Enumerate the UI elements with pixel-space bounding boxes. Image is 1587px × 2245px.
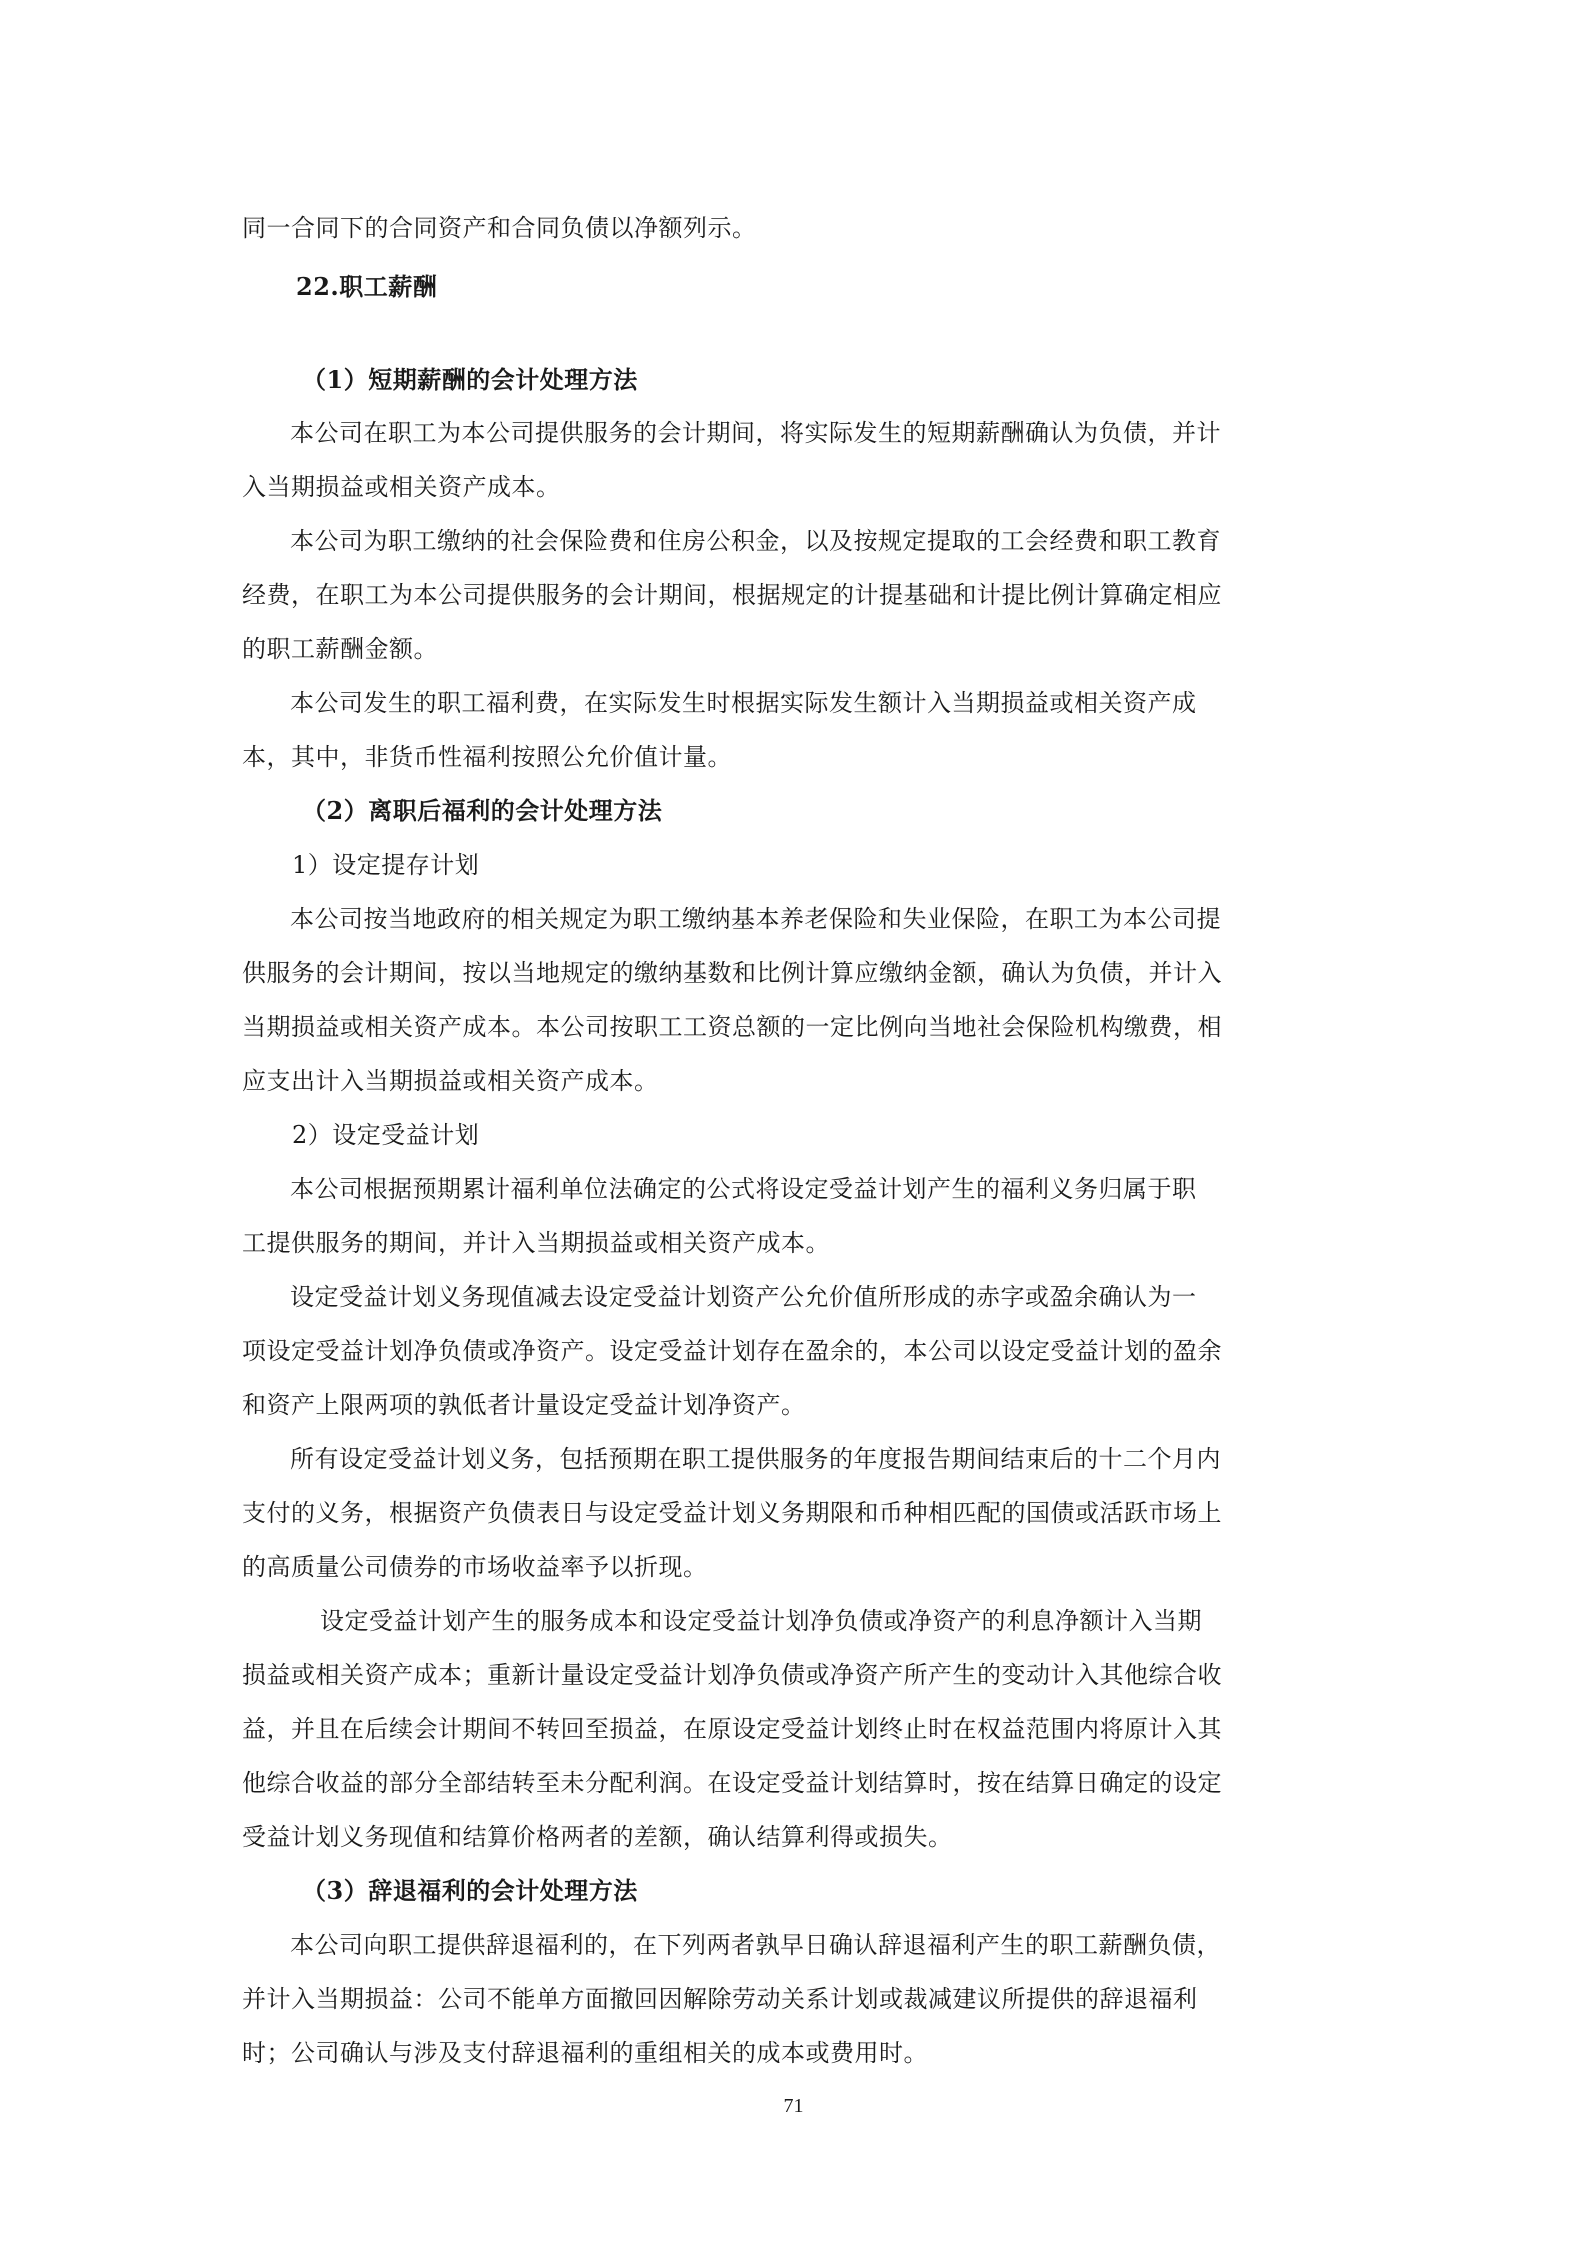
subsection-heading: （1）短期薪酬的会计处理方法	[302, 365, 1418, 395]
body-text-line: 时；公司确认与涉及支付辞退福利的重组相关的成本或费用时。	[242, 2038, 1358, 2068]
body-text-line: 受益计划义务现值和结算价格两者的差额，确认结算利得或损失。	[242, 1822, 1358, 1852]
body-text-line: 入当期损益或相关资产成本。	[242, 472, 1358, 502]
body-text-line: 工提供服务的期间，并计入当期损益或相关资产成本。	[242, 1228, 1358, 1258]
body-text-line: 他综合收益的部分全部结转至未分配利润。在设定受益计划结算时，按在结算日确定的设定	[242, 1768, 1358, 1798]
body-text-line: 项设定受益计划净负债或净资产。设定受益计划存在盈余的，本公司以设定受益计划的盈余	[242, 1336, 1358, 1366]
list-item-heading: 1）设定提存计划	[292, 850, 1408, 880]
body-text-line: 应支出计入当期损益或相关资产成本。	[242, 1066, 1358, 1096]
body-text-line: 并计入当期损益：公司不能单方面撤回因解除劳动关系计划或裁减建议所提供的辞退福利	[242, 1984, 1358, 2014]
body-text-line: 支付的义务，根据资产负债表日与设定受益计划义务期限和币种相匹配的国债或活跃市场上	[242, 1498, 1358, 1528]
paragraph-first-line: 本公司发生的职工福利费，在实际发生时根据实际发生额计入当期损益或相关资产成	[290, 688, 1358, 718]
paragraph-first-line: 所有设定受益计划义务，包括预期在职工提供服务的年度报告期间结束后的十二个月内	[290, 1444, 1358, 1474]
body-text-line: 当期损益或相关资产成本。本公司按职工工资总额的一定比例向当地社会保险机构缴费，相	[242, 1012, 1358, 1042]
document-page: 同一合同下的合同资产和合同负债以净额列示。 22.职工薪酬 （1）短期薪酬的会计…	[0, 0, 1587, 2245]
paragraph-first-line: 本公司向职工提供辞退福利的，在下列两者孰早日确认辞退福利产生的职工薪酬负债，	[290, 1930, 1358, 1960]
paragraph-first-line: 本公司为职工缴纳的社会保险费和住房公积金，以及按规定提取的工会经费和职工教育	[290, 526, 1358, 556]
paragraph-first-line: 本公司在职工为本公司提供服务的会计期间，将实际发生的短期薪酬确认为负债，并计	[290, 418, 1358, 448]
paragraph-first-line: 本公司根据预期累计福利单位法确定的公式将设定受益计划产生的福利义务归属于职	[290, 1174, 1358, 1204]
body-text-line: 和资产上限两项的孰低者计量设定受益计划净资产。	[242, 1390, 1358, 1420]
body-text-line: 损益或相关资产成本；重新计量设定受益计划净负债或净资产所产生的变动计入其他综合收	[242, 1660, 1358, 1690]
body-text-line: 供服务的会计期间，按以当地规定的缴纳基数和比例计算应缴纳金额，确认为负债，并计入	[242, 958, 1358, 988]
body-text-line: 本，其中，非货币性福利按照公允价值计量。	[242, 742, 1358, 772]
paragraph-first-line: 设定受益计划产生的服务成本和设定受益计划净负债或净资产的利息净额计入当期	[320, 1606, 1358, 1636]
subsection-heading: （2）离职后福利的会计处理方法	[302, 796, 1418, 826]
body-text-line: 益，并且在后续会计期间不转回至损益，在原设定受益计划终止时在权益范围内将原计入其	[242, 1714, 1358, 1744]
body-text-line: 的职工薪酬金额。	[242, 634, 1358, 664]
body-text-line: 同一合同下的合同资产和合同负债以净额列示。	[242, 213, 1358, 243]
subsection-heading: （3）辞退福利的会计处理方法	[302, 1876, 1418, 1906]
body-text-line: 的高质量公司债券的市场收益率予以折现。	[242, 1552, 1358, 1582]
body-text-line: 经费，在职工为本公司提供服务的会计期间，根据规定的计提基础和计提比例计算确定相应	[242, 580, 1358, 610]
page-number: 71	[0, 2095, 1587, 2118]
paragraph-first-line: 本公司按当地政府的相关规定为职工缴纳基本养老保险和失业保险，在职工为本公司提	[290, 904, 1358, 934]
paragraph-first-line: 设定受益计划义务现值减去设定受益计划资产公允价值所形成的赤字或盈余确认为一	[290, 1282, 1358, 1312]
list-item-heading: 2）设定受益计划	[292, 1120, 1408, 1150]
section-heading: 22.职工薪酬	[296, 272, 1412, 302]
